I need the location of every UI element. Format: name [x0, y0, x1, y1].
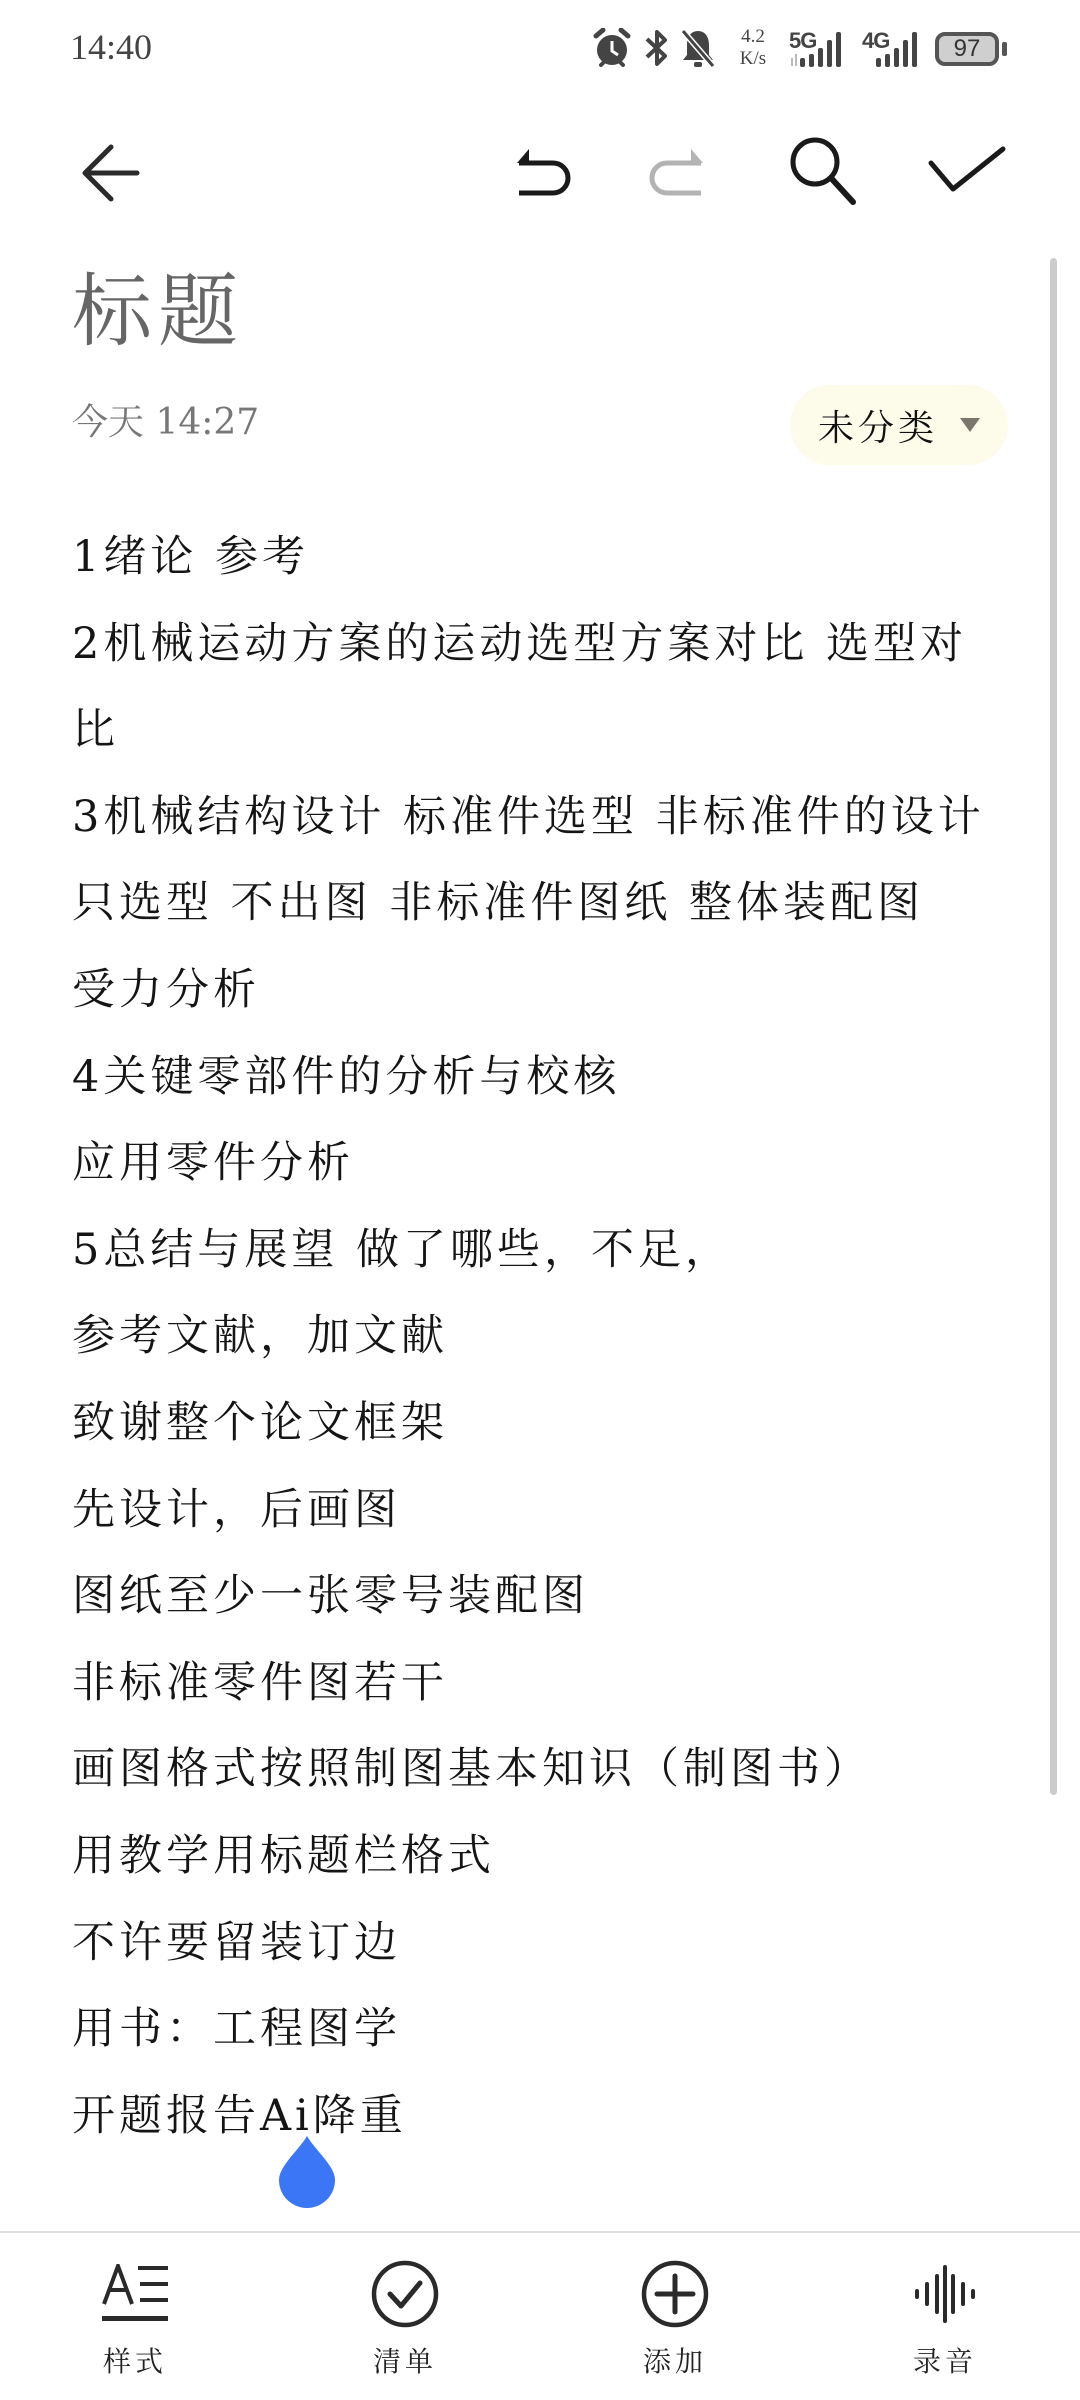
alarm-icon: [593, 28, 631, 72]
add-label: 添加: [643, 2340, 707, 2380]
checklist-label: 清单: [373, 2340, 437, 2380]
redo-button[interactable]: [632, 126, 722, 216]
signal-5g-icon: [790, 28, 852, 72]
note-line: 致谢整个论文框架: [72, 1380, 992, 1467]
note-line: 应用零件分析: [72, 1120, 992, 1207]
style-label: 样式: [103, 2340, 167, 2380]
note-line: 受力分析: [72, 947, 992, 1034]
scrollbar[interactable]: [1050, 258, 1057, 1795]
battery-icon: 97: [935, 32, 999, 66]
dropdown-caret-icon: [960, 418, 980, 432]
network-speed-value: 4.2: [733, 26, 773, 48]
category-dropdown[interactable]: 未分类: [790, 385, 1008, 465]
note-line: 先设计，后画图: [72, 1467, 992, 1554]
status-time: 14:40: [70, 26, 152, 68]
mute-bell-icon: [680, 28, 716, 74]
signal-4g-icon: [874, 28, 922, 72]
note-line: 图纸至少一张零号装配图: [72, 1553, 992, 1640]
note-date: 今天 14:27: [72, 398, 259, 448]
note-line: 1绪论 参考: [72, 514, 992, 601]
bottom-divider: [0, 2231, 1080, 2233]
network-speed-unit: K/s: [733, 48, 773, 70]
search-button[interactable]: [780, 126, 870, 216]
done-button[interactable]: [922, 126, 1012, 216]
category-label: 未分类: [818, 400, 938, 451]
undo-icon: [513, 145, 573, 197]
record-button[interactable]: 录音: [855, 2250, 1035, 2380]
style-button[interactable]: 样式: [45, 2250, 225, 2380]
undo-button[interactable]: [498, 126, 588, 216]
text-cursor-handle[interactable]: [277, 2136, 337, 2208]
note-body-editor[interactable]: 1绪论 参考 2机械运动方案的运动选型方案对比 选型对 比 3机械结构设计 标准…: [72, 514, 992, 2159]
cursor-handle-icon: [277, 2136, 337, 2208]
note-line: 非标准零件图若干: [72, 1640, 992, 1727]
back-arrow-icon: [77, 143, 141, 203]
checklist-button[interactable]: 清单: [315, 2250, 495, 2380]
note-line: 不许要留装订边: [72, 1900, 992, 1987]
redo-icon: [647, 145, 707, 197]
search-icon: [787, 136, 863, 206]
text-style-icon: [100, 2264, 170, 2324]
note-title[interactable]: 标题: [72, 262, 244, 362]
voice-record-icon: [913, 2264, 977, 2324]
note-line: 开题报告Ai降重: [72, 2073, 992, 2160]
note-line: 参考文献，加文献: [72, 1293, 992, 1380]
network-speed: 4.2 K/s: [733, 26, 773, 70]
record-label: 录音: [913, 2340, 977, 2380]
battery-tip: [1002, 42, 1007, 56]
note-line: 用书：工程图学: [72, 1986, 992, 2073]
note-line: 2机械运动方案的运动选型方案对比 选型对: [72, 601, 992, 688]
add-circle-icon: [640, 2259, 710, 2329]
note-line: 比: [72, 687, 992, 774]
checklist-icon: [370, 2259, 440, 2329]
add-button[interactable]: 添加: [585, 2250, 765, 2380]
note-line: 用教学用标题栏格式: [72, 1813, 992, 1900]
note-line: 只选型 不出图 非标准件图纸 整体装配图: [72, 860, 992, 947]
bluetooth-icon: [644, 28, 670, 72]
note-line: 5总结与展望 做了哪些，不足，: [72, 1207, 992, 1294]
check-icon: [927, 143, 1007, 199]
back-button[interactable]: [64, 128, 154, 218]
note-line: 画图格式按照制图基本知识（制图书）: [72, 1726, 992, 1813]
note-line: 4关键零部件的分析与校核: [72, 1034, 992, 1121]
note-line: 3机械结构设计 标准件选型 非标准件的设计: [72, 774, 992, 861]
